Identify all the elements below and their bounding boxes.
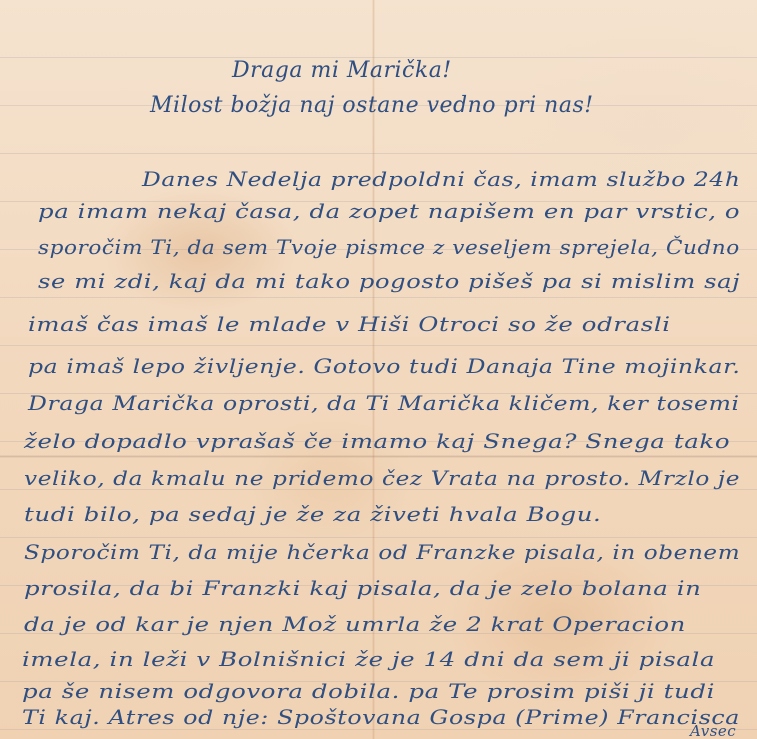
body-line: imela, in leži v Bolnišnici že je 14 dni…	[22, 648, 715, 671]
body-line: pa imam nekaj časa, da zopet napišem en …	[38, 200, 740, 223]
body-line: da je od kar je njen Mož umrla že 2 krat…	[24, 613, 686, 636]
salutation-line-2: Milost božja naj ostane vedno pri nas!	[150, 93, 594, 118]
body-line: veliko, da kmalu ne pridemo čez Vrata na…	[24, 467, 740, 490]
body-line: Danes Nedelja predpoldni čas, imam služb…	[142, 168, 741, 191]
body-line: pa imaš lepo življenje. Gotovo tudi Dana…	[28, 355, 740, 378]
address-fragment: Avsec	[690, 722, 736, 739]
body-line: pa še nisem odgovora dobila. pa Te prosi…	[22, 680, 715, 703]
body-line: želo dopadlo vprašaš če imamo kaj Snega?…	[24, 430, 730, 453]
body-line: Sporočim Ti, da mije hčerka od Franzke p…	[24, 541, 740, 564]
salutation-line-1: Draga mi Marička!	[232, 58, 452, 83]
body-line: se mi zdi, kaj da mi tako pogosto pišeš …	[38, 270, 740, 293]
body-line: imaš čas imaš le mlade v Hiši Otroci so …	[28, 313, 671, 336]
body-line: sporočim Ti, da sem Tvoje pismce z vesel…	[38, 236, 740, 259]
body-line: tudi bilo, pa sedaj je že za živeti hval…	[24, 503, 601, 526]
horizontal-fold-crease	[0, 455, 757, 458]
body-line: prosila, da bi Franzki kaj pisala, da je…	[24, 577, 701, 600]
body-line: Draga Marička oprosti, da Ti Marička kli…	[28, 392, 740, 415]
body-line: Ti kaj. Atres od nje: Spoštovana Gospa (…	[22, 706, 740, 729]
